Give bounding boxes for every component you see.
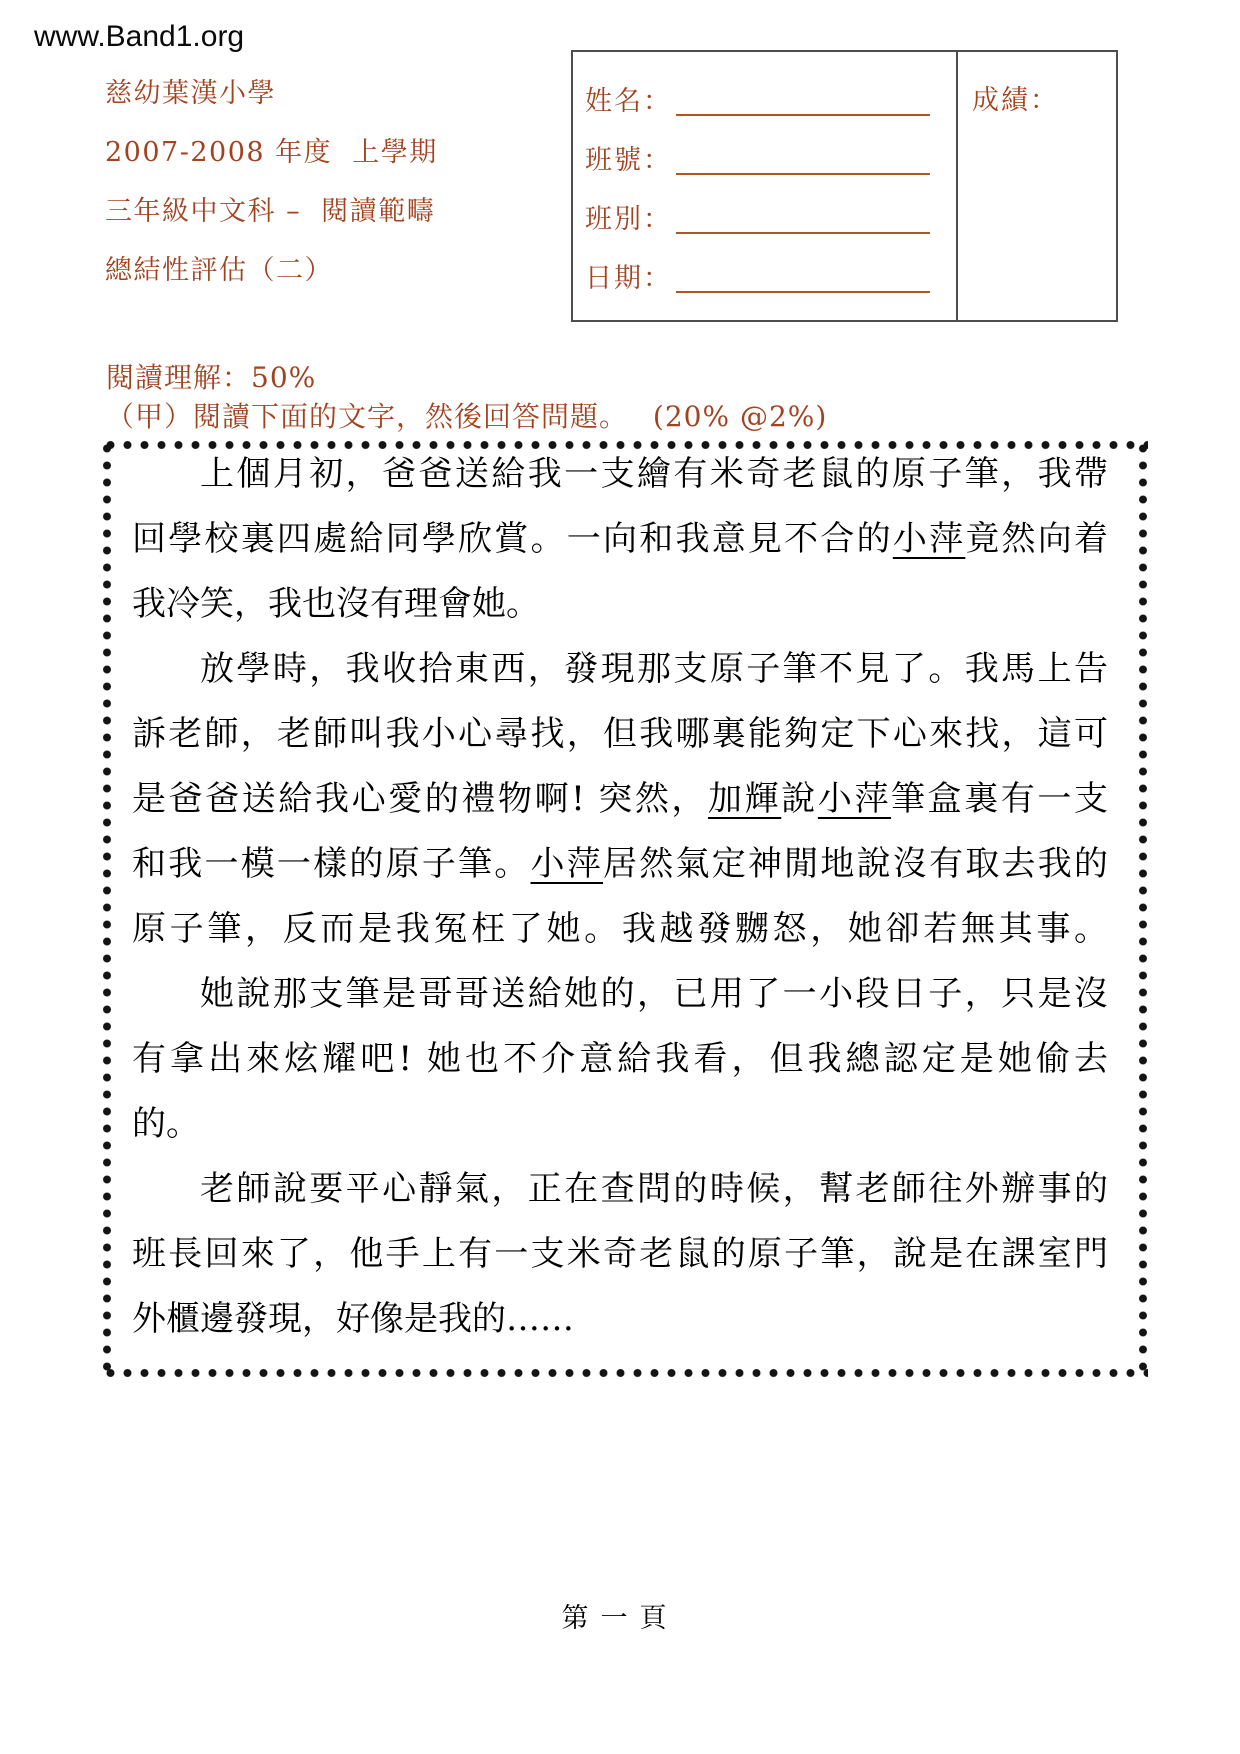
section-score-heading: 閱讀理解：50% <box>106 360 316 396</box>
passage-text: 說 <box>781 779 818 819</box>
passage-instruction: （甲）閱讀下面的文字，然後回答問題。 (20% @2%) <box>106 399 827 435</box>
passage-line: 訴老師，老師叫我小心尋找，但我哪裏能夠定下心來找，這可 <box>132 702 1108 767</box>
page-number: 第一頁 <box>0 1596 1240 1635</box>
passage-text: 居然氣定神閒地說沒有取去我的 <box>603 844 1108 884</box>
school-year-term: 2007-2008 年度 上學期 <box>105 123 438 182</box>
field-label: 日期： <box>585 261 672 297</box>
passage-text: 她說那支筆是哥哥送給她的，已用了一小段日子，只是沒 <box>200 974 1108 1014</box>
passage-text: 竟然向着 <box>965 519 1108 559</box>
subject-line: 三年級中文科 – 閱讀範疇 <box>105 182 438 241</box>
passage-line: 班長回來了，他手上有一支米奇老鼠的原子筆，說是在課室門 <box>132 1222 1108 1287</box>
field-label: 姓名： <box>585 84 672 120</box>
exam-header: 慈幼葉漢小學 2007-2008 年度 上學期 三年級中文科 – 閱讀範疇 總結… <box>105 64 438 300</box>
passage-line: 我冷笑，我也沒有理會她。 <box>132 572 1108 637</box>
score-label: 成績： <box>972 85 1059 116</box>
info-field-row: 姓名： <box>585 61 956 120</box>
passage-line: 她說那支筆是哥哥送給她的，已用了一小段日子，只是沒 <box>132 962 1108 1027</box>
field-label: 班號： <box>585 143 672 179</box>
passage-line: 的。 <box>132 1092 1108 1157</box>
passage-line: 上個月初，爸爸送給我一支繪有米奇老鼠的原子筆，我帶 <box>132 442 1108 507</box>
passage-line: 外櫃邊發現，好像是我的…… <box>132 1287 1108 1352</box>
passage-line: 原子筆，反而是我冤枉了她。我越發嬲怒，她卻若無其事。 <box>132 897 1108 962</box>
info-field-row: 班號： <box>585 120 956 179</box>
passage-line: 是爸爸送給我心愛的禮物啊! 突然，加輝說小萍筆盒裏有一支 <box>132 767 1108 832</box>
watermark: www.Band1.org <box>34 20 244 54</box>
passage-text: 老師說要平心靜氣，正在查問的時候，幫老師往外辦事的 <box>200 1169 1108 1209</box>
field-label: 班別： <box>585 202 672 238</box>
passage-text: 訴老師，老師叫我小心尋找，但我哪裏能夠定下心來找，這可 <box>132 714 1108 754</box>
blank-write-line <box>676 173 930 175</box>
passage-text: 有拿出來炫耀吧! 她也不介意給我看，但我總認定是她偷去 <box>132 1039 1108 1079</box>
passage-text: 上個月初，爸爸送給我一支繪有米奇老鼠的原子筆，我帶 <box>200 454 1108 494</box>
student-info-fields: 姓名：班號：班別：日期： <box>573 52 956 320</box>
passage-text: 的。 <box>132 1104 200 1144</box>
underlined-name: 小萍 <box>531 844 603 884</box>
underlined-name: 小萍 <box>893 519 965 559</box>
passage-text: 筆盒裏有一支 <box>891 779 1108 819</box>
passage-text: 原子筆，反而是我冤枉了她。我越發嬲怒，她卻若無其事。 <box>132 909 1108 949</box>
reading-passage-box: 上個月初，爸爸送給我一支繪有米奇老鼠的原子筆，我帶回學校裏四處給同學欣賞。一向和… <box>102 440 1148 1378</box>
passage-line: 回學校裏四處給同學欣賞。一向和我意見不合的小萍竟然向着 <box>132 507 1108 572</box>
passage-text: 放學時，我收拾東西，發現那支原子筆不見了。我馬上告 <box>200 649 1108 689</box>
score-cell: 成績： <box>956 52 1116 320</box>
blank-write-line <box>676 291 930 293</box>
info-field-row: 班別： <box>585 179 956 238</box>
underlined-name: 小萍 <box>818 779 891 819</box>
blank-write-line <box>676 114 930 116</box>
assessment-title: 總結性評估（二） <box>105 241 438 300</box>
info-field-row: 日期： <box>585 238 956 297</box>
passage-line: 老師說要平心靜氣，正在查問的時候，幫老師往外辦事的 <box>132 1157 1108 1222</box>
passage-text: 和我一模一樣的原子筆。 <box>132 844 531 884</box>
blank-write-line <box>676 232 930 234</box>
passage-text: 是爸爸送給我心愛的禮物啊! 突然， <box>132 779 708 819</box>
passage-text: 外櫃邊發現，好像是我的…… <box>132 1299 574 1339</box>
passage-text: 回學校裏四處給同學欣賞。一向和我意見不合的 <box>132 519 893 559</box>
student-info-box: 姓名：班號：班別：日期： 成績： <box>571 50 1118 322</box>
passage-line: 放學時，我收拾東西，發現那支原子筆不見了。我馬上告 <box>132 637 1108 702</box>
underlined-name: 加輝 <box>708 779 781 819</box>
passage-line: 和我一模一樣的原子筆。小萍居然氣定神閒地說沒有取去我的 <box>132 832 1108 897</box>
passage-text: 我冷笑，我也沒有理會她。 <box>132 584 540 624</box>
passage-text: 班長回來了，他手上有一支米奇老鼠的原子筆，說是在課室門 <box>132 1234 1108 1274</box>
school-name: 慈幼葉漢小學 <box>105 64 438 123</box>
passage-line: 有拿出來炫耀吧! 她也不介意給我看，但我總認定是她偷去 <box>132 1027 1108 1092</box>
